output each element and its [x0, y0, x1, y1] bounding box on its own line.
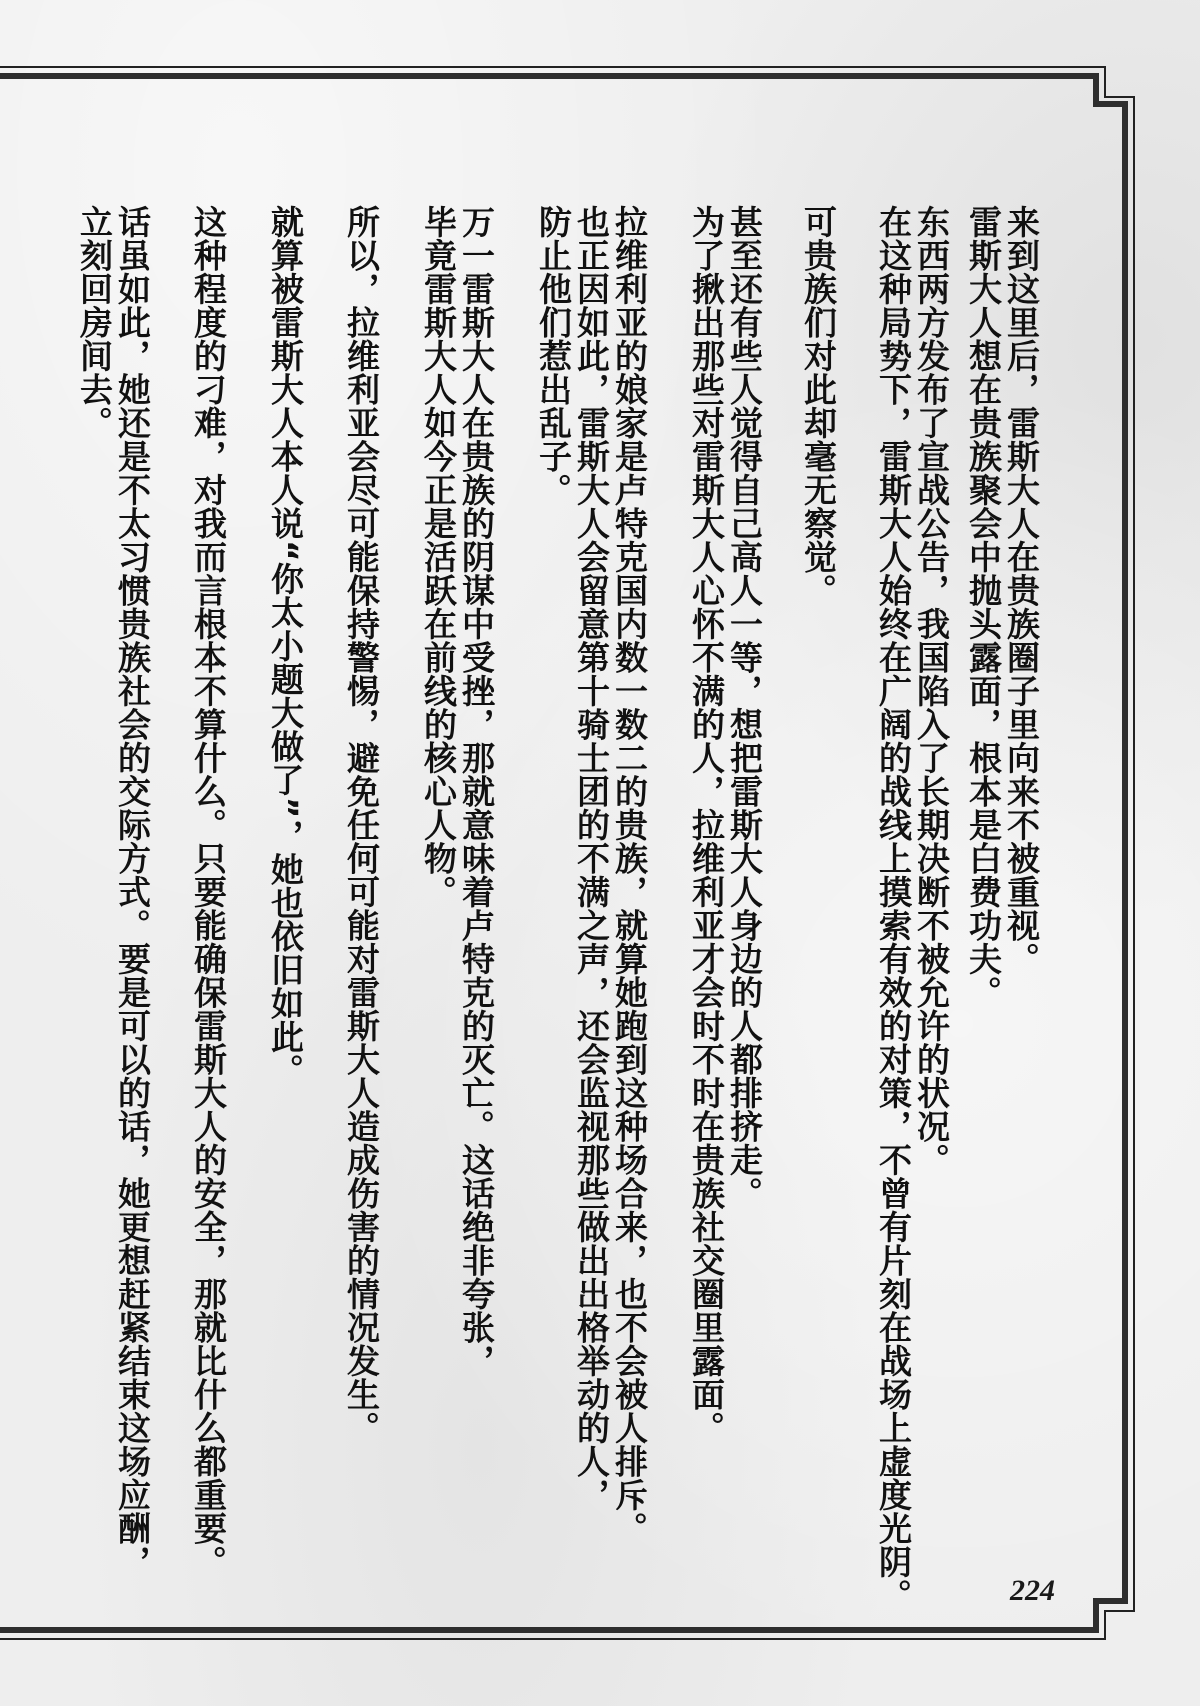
- text-column: 拉维利亚的娘家是卢特克国内数一数二的贵族，就算她跑到这种场合来，也不会被人排斥。: [611, 205, 647, 1545]
- text-column: 立刻回房间去。: [76, 205, 112, 440]
- text-column: 话虽如此，她还是不太习惯贵族社会的交际方式。要是可以的话，她更想赶紧结束这场应酬…: [114, 205, 150, 1579]
- text-column: 来到这里后，雷斯大人在贵族圈子里向来不被重视。: [1003, 205, 1039, 976]
- frame-right-thick: [1122, 101, 1128, 1604]
- frame-top-thick: [0, 73, 1096, 79]
- text-column: 防止他们惹出乱子。: [535, 205, 571, 507]
- text-column: 所以，拉维利亚会尽可能保持警惕，避免任何可能对雷斯大人造成伤害的情况发生。: [343, 205, 379, 1445]
- frame-right-thin: [1133, 96, 1135, 1611]
- text-column: 在这种局势下，雷斯大人始终在广阔的战线上摸索有效的对策，不曾有片刻在战场上虚度光…: [875, 205, 911, 1612]
- frame-step-tr-thin-h: [1104, 96, 1135, 98]
- text-column: 为了揪出那些对雷斯大人心怀不满的人，拉维利亚才会时不时在贵族社交圈里露面。: [688, 205, 724, 1445]
- frame-step-tr-thin-v: [1104, 66, 1106, 98]
- frame-bottom-thin: [0, 1638, 1106, 1640]
- text-column: 万一雷斯大人在贵族的阴谋中受挫，那就意味着卢特克的灭亡。这话绝非夸张，: [458, 205, 494, 1378]
- text-column: 可贵族们对此却毫无察觉。: [800, 205, 836, 607]
- text-column: 就算被雷斯大人本人说“你太小题大做了”，她也依旧如此。: [267, 205, 303, 1087]
- text-column: 也正因如此，雷斯大人会留意第十骑士团的不满之声，还会监视那些做出出格举动的人，: [573, 205, 609, 1512]
- frame-bottom-thick: [0, 1627, 1099, 1633]
- frame-step-br-thin-v: [1104, 1610, 1106, 1640]
- text-column: 这种程度的刁难，对我而言根本不算什么。只要能确保雷斯大人的安全，那就比什么都重要…: [190, 205, 226, 1579]
- frame-top-thin: [0, 66, 1105, 68]
- text-column: 雷斯大人想在贵族聚会中抛头露面，根本是白费功夫。: [965, 205, 1001, 1009]
- page-number: 224: [1010, 1574, 1055, 1608]
- frame-step-br-thin-h: [1104, 1610, 1135, 1612]
- text-column: 甚至还有些人觉得自己高人一等，想把雷斯大人身边的人都排挤走。: [726, 205, 762, 1210]
- text-column: 毕竟雷斯大人如今正是活跃在前线的核心人物。: [420, 205, 456, 909]
- frame-step-tr-thick-h: [1093, 101, 1125, 107]
- text-column: 东西两方发布了宣战公告，我国陷入了长期决断不被允许的状况。: [913, 205, 949, 1177]
